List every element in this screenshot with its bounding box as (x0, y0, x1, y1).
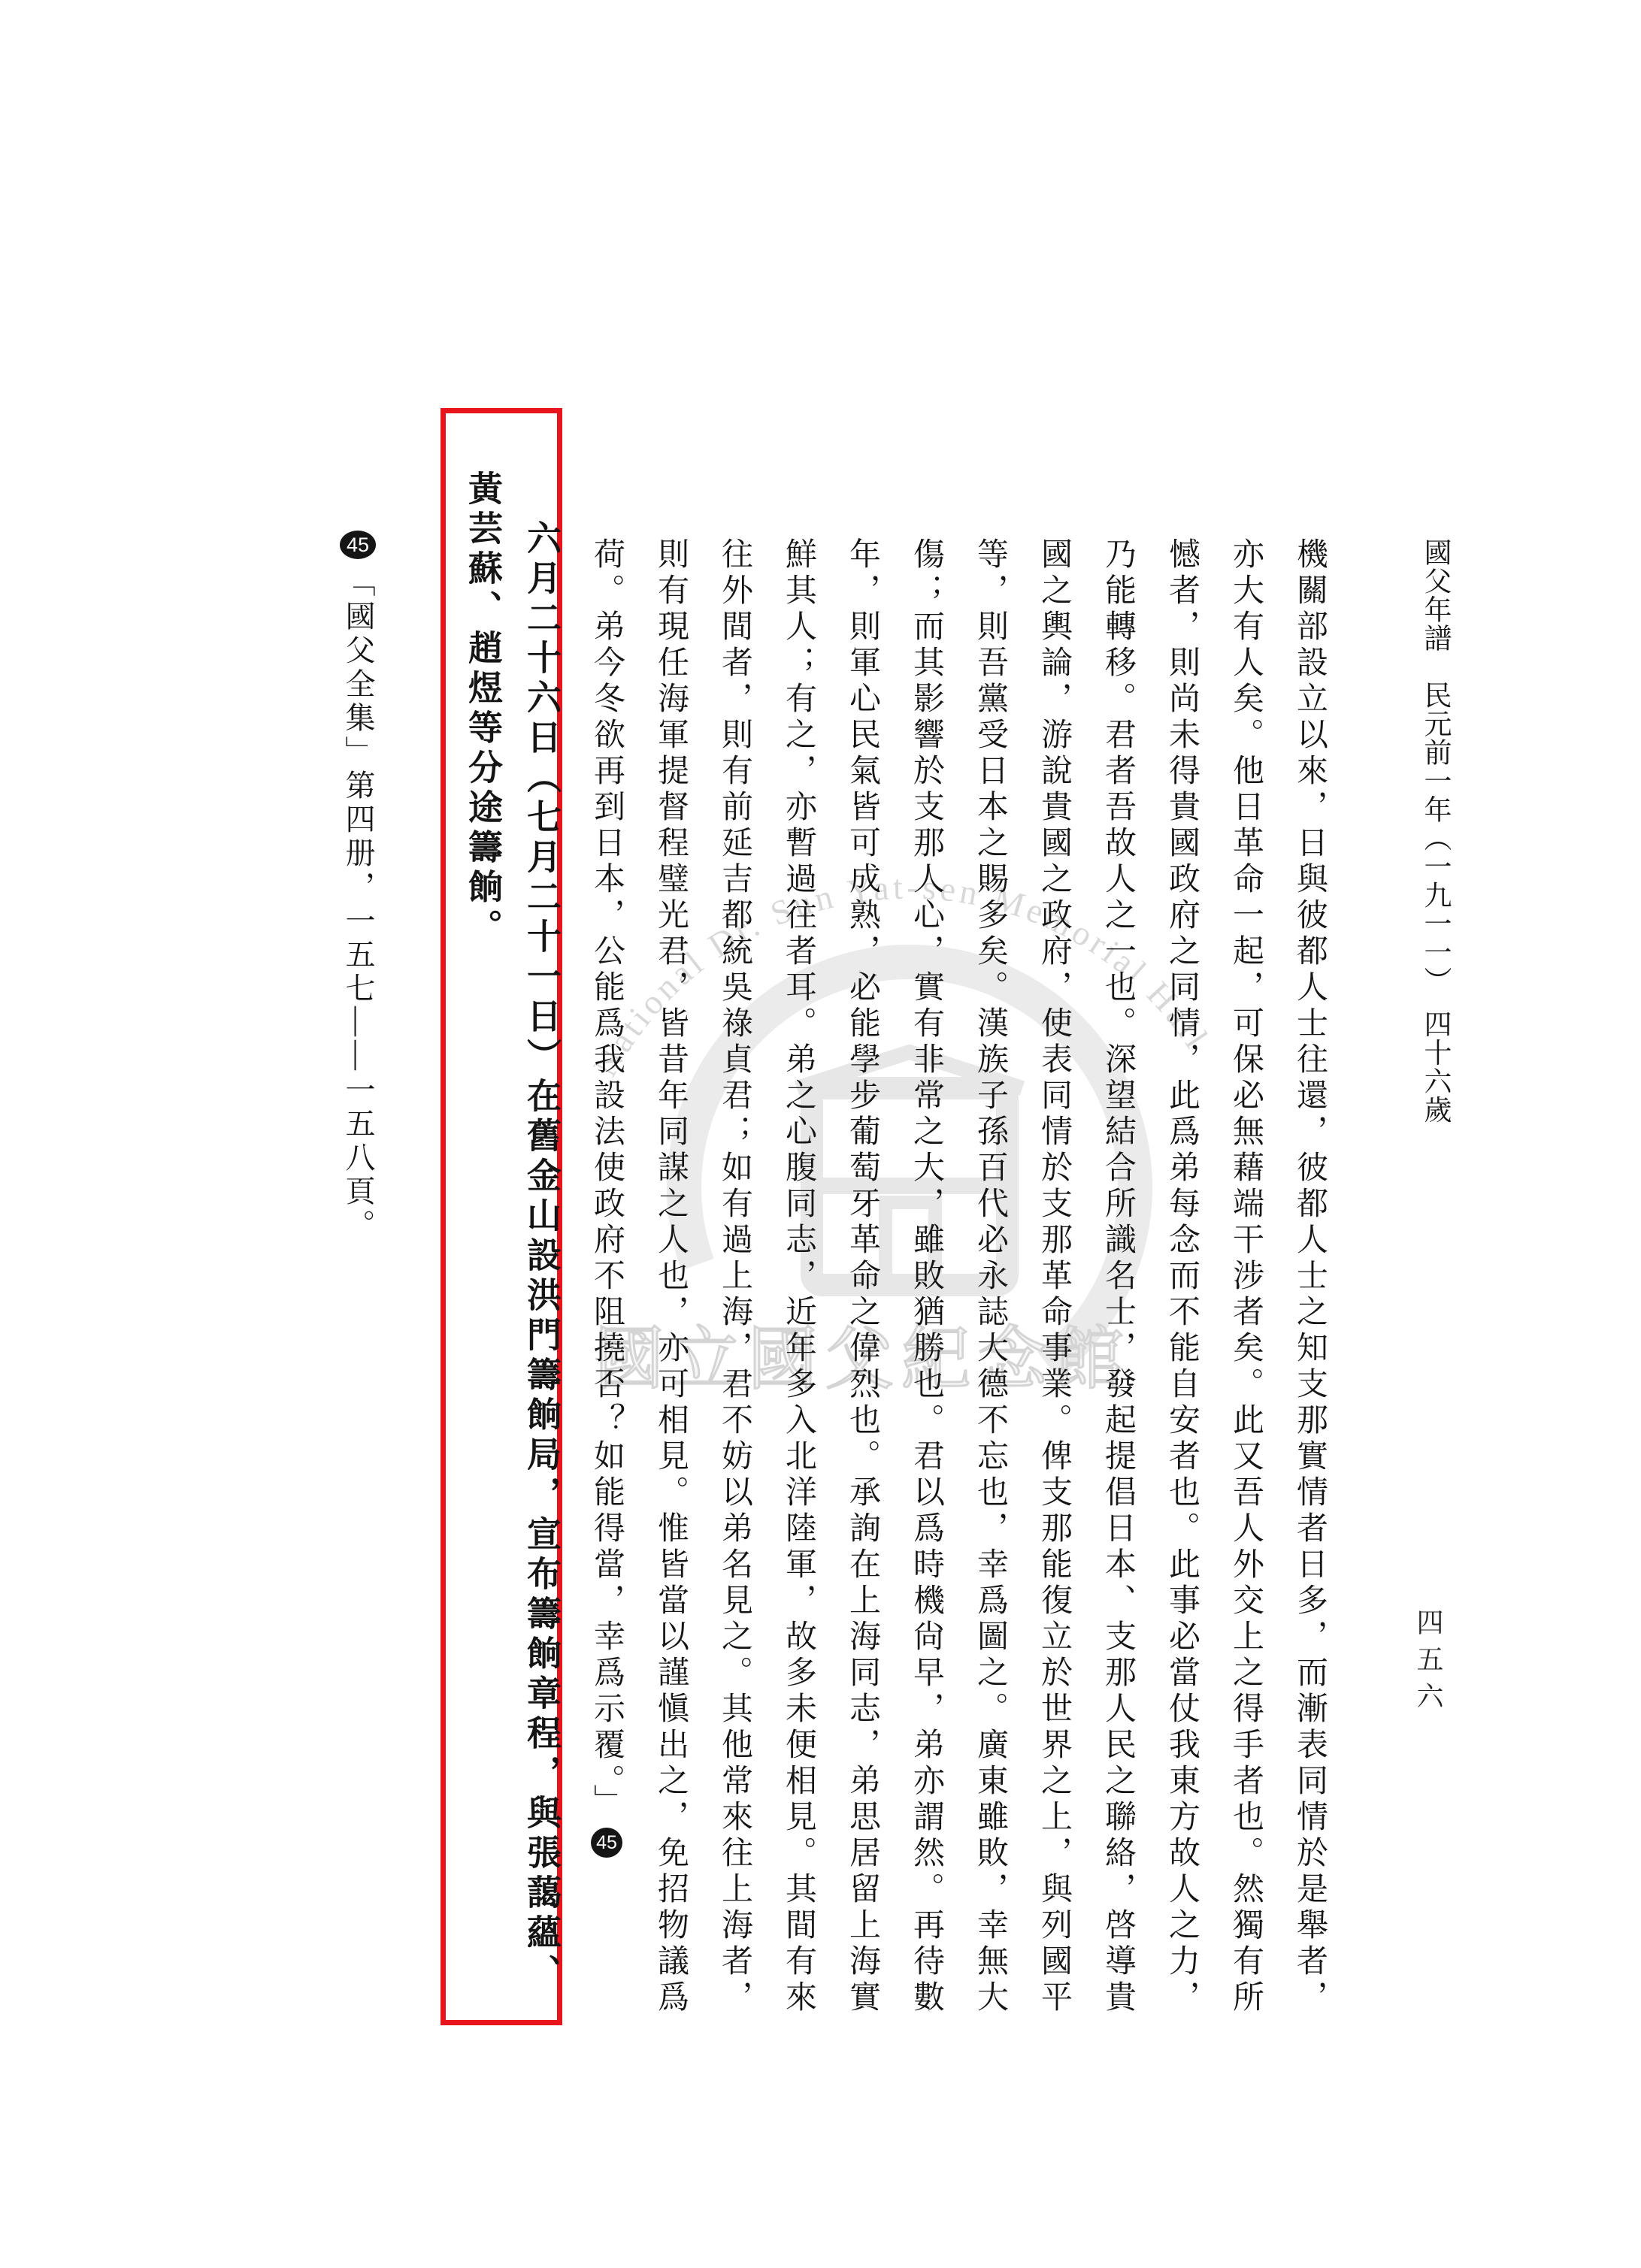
letter-column: 乃能轉移。君者吾故人之一也。深望結合所識名士，發起提倡日本、支那人民之聯絡，啓導… (1102, 537, 1134, 2048)
footnote: 45「國父全集」第四册，一五七——一五八頁。 (340, 531, 376, 1243)
book-page: National Dr. Sun Yat-sen Memorial Hall 國… (0, 0, 1641, 2268)
page-header: 國父年譜 民元前一年（一九一一） 四十六歲 (1421, 538, 1449, 1124)
memorial-hall-watermark: National Dr. Sun Yat-sen Memorial Hall 國… (0, 0, 1641, 2268)
letter-column: 等，則吾黨受日本之賜多矣。漢族子孫百代必永誌大德不忘也，幸爲圖之。廣東雖敗，幸無… (974, 537, 1006, 2048)
entry-continuation-column: 黃芸蘇、趙煜等分途籌餉。 (466, 470, 501, 1523)
letter-column: 鮮其人；有之，亦暫過往者耳。弟之心腹同志，近年多入北洋陸軍，故多未便相見。其間有… (783, 537, 814, 2048)
letter-column: 憾者，則尚未得貴國政府之同情，此爲弟每念而不能自安者也。此事必當仗我東方故人之力… (1166, 537, 1197, 2048)
letter-column: 亦大有人矣。他日革命一起，可保必無藉端干涉者矣。此又吾人外交上之得手者也。然獨有… (1230, 537, 1261, 2048)
letter-column: 荷。弟今冬欲再到日本，公能爲我設法使政府不阻撓否？如能得當，幸爲示覆。」45 (591, 537, 622, 2048)
entry-date-column: 六月二十六日（七月二十一日）在舊金山設洪門籌餉局，宣布籌餉章程，與張藹蘊、 (525, 520, 559, 2031)
letter-column: 傷；而其影響於支那人心，實有非常之大，雖敗猶勝也。君以爲時機尙早，弟亦謂然。再待… (910, 537, 942, 2048)
letter-column: 年，則軍心民氣皆可成熟，必能學步葡萄牙革命之偉烈也。承詢在上海同志，弟思居留上海… (846, 537, 878, 2048)
footnote-text: 「國父全集」第四册，一五七——一五八頁。 (341, 567, 375, 1243)
letter-column: 國之輿論，游說貴國之政府，使表同情於支那革命事業。俾支那能復立於世界之上，與列國… (1038, 537, 1070, 2048)
letter-column: 則有現任海軍提督程璧光君，皆昔年同謀之人也，亦可相見。惟皆當以謹愼出之，免招物議… (655, 537, 686, 2048)
letter-column: 往外間者，則有前延吉都統吳祿貞君；如有過上海，君不妨以弟名見之。其他常來往上海者… (719, 537, 750, 2048)
letter-column-text: 荷。弟今冬欲再到日本，公能爲我設法使政府不阻撓否？如能得當，幸爲示覆。」 (589, 537, 624, 1820)
footnote-marker-45: 45 (591, 1828, 622, 1858)
page-number: 四五六 (1415, 1608, 1442, 1719)
footnote-number-badge: 45 (340, 531, 376, 559)
letter-column: 機關部設立以來，日與彼都人士往還，彼都人士之知支那實情者日多，而漸表同情於是舉者… (1294, 537, 1325, 2048)
